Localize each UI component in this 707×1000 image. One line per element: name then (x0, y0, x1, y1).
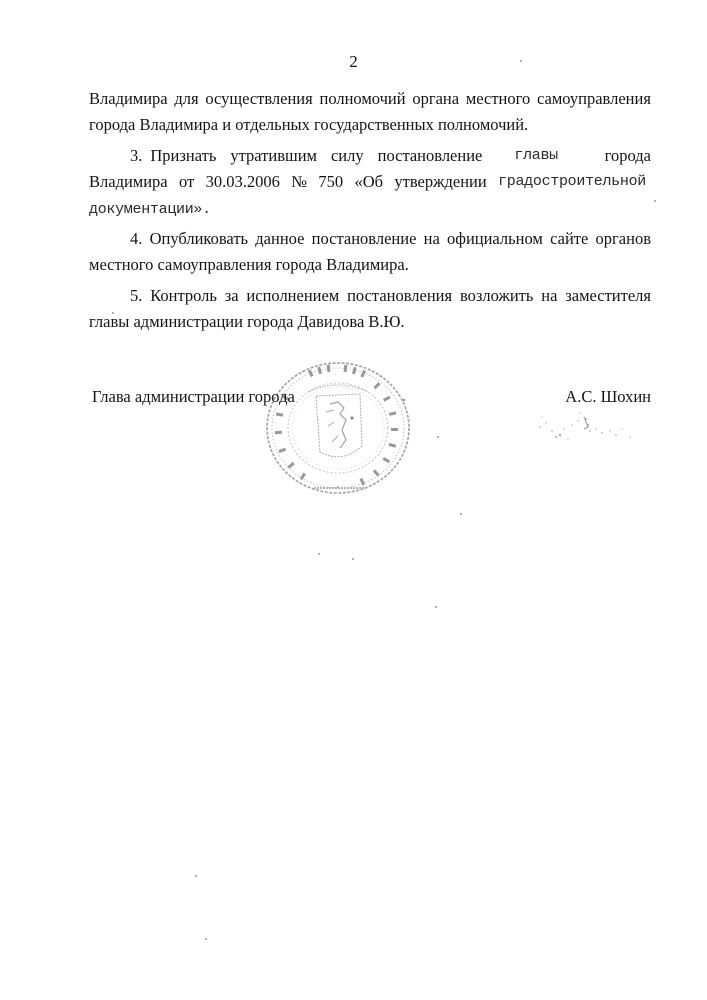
item-3-line-1: 3. Признать утратившим силу постановлени… (89, 143, 651, 169)
word: Признать (150, 143, 216, 169)
word: на (541, 283, 557, 309)
item-3-line-2: Владимира от 30.03.2006 № 750 «Об утверж… (89, 169, 646, 195)
item-3-line-3: документации». (89, 195, 651, 221)
scan-speck (435, 606, 437, 608)
paragraph-continuation-line-2: города Владимира и отдельных государстве… (89, 112, 651, 138)
word: исполнением (246, 283, 339, 309)
word: возложить (460, 283, 534, 309)
word: Владимира (89, 169, 168, 195)
word: данное (255, 226, 304, 252)
word: органа (412, 86, 459, 112)
word: утратившим (230, 143, 317, 169)
scan-speck (205, 938, 207, 940)
scan-speck (654, 200, 656, 202)
scan-speck (520, 60, 522, 62)
item-4-line-2: местного самоуправления города Владимира… (89, 252, 651, 278)
scan-speck (318, 553, 320, 555)
word: на (424, 226, 440, 252)
word: № (291, 169, 307, 195)
typed-insertion: градостроительной (498, 169, 646, 195)
word: утверждении (394, 169, 486, 195)
word: для (174, 86, 198, 112)
scan-speck (112, 312, 114, 314)
typed-insertion: документации». (89, 201, 211, 218)
word: самоуправления (537, 86, 651, 112)
document-page: 2 Владимира для осуществления полномочий… (0, 0, 707, 1000)
item-number: 4. (130, 226, 142, 252)
word: постановление (312, 226, 417, 252)
word: местного (466, 86, 530, 112)
scan-speck (460, 513, 462, 515)
paragraph-continuation-line-1: Владимира для осуществления полномочий о… (89, 86, 651, 112)
word: официальном (447, 226, 543, 252)
word: полномочий (319, 86, 405, 112)
word: сайте (550, 226, 588, 252)
item-5-line-2: главы администрации города Давидова В.Ю. (89, 309, 651, 335)
signatory-title: Глава администрации города (92, 385, 295, 409)
word: Контроль (150, 283, 217, 309)
scan-speck (195, 875, 197, 877)
word: за (225, 283, 239, 309)
page-number: 2 (0, 52, 707, 72)
item-number: 5. (130, 283, 142, 309)
word: «Об (354, 169, 383, 195)
word: органов (596, 226, 651, 252)
word: заместителя (565, 283, 651, 309)
item-4-line-1: 4. Опубликовать данное постановление на … (89, 226, 651, 252)
word: Опубликовать (150, 226, 248, 252)
typed-insertion: главы (514, 143, 558, 169)
document-body: Владимира для осуществления полномочий о… (89, 86, 651, 335)
word: осуществления (205, 86, 312, 112)
scan-speck (437, 436, 439, 438)
word: постановление (378, 143, 483, 169)
word: Владимира (89, 86, 168, 112)
item-5-line-1: 5. Контроль за исполнением постановления… (89, 283, 651, 309)
official-seal-icon (264, 360, 412, 496)
word: города (605, 143, 651, 169)
handwritten-signature-icon (530, 405, 640, 445)
scan-speck (384, 265, 386, 267)
word: постановления (347, 283, 452, 309)
item-number: 3. (130, 143, 142, 169)
word: силу (331, 143, 364, 169)
word: от (179, 169, 194, 195)
scan-speck (352, 558, 354, 560)
date: 30.03.2006 (206, 169, 280, 195)
document-number: 750 (318, 169, 343, 195)
